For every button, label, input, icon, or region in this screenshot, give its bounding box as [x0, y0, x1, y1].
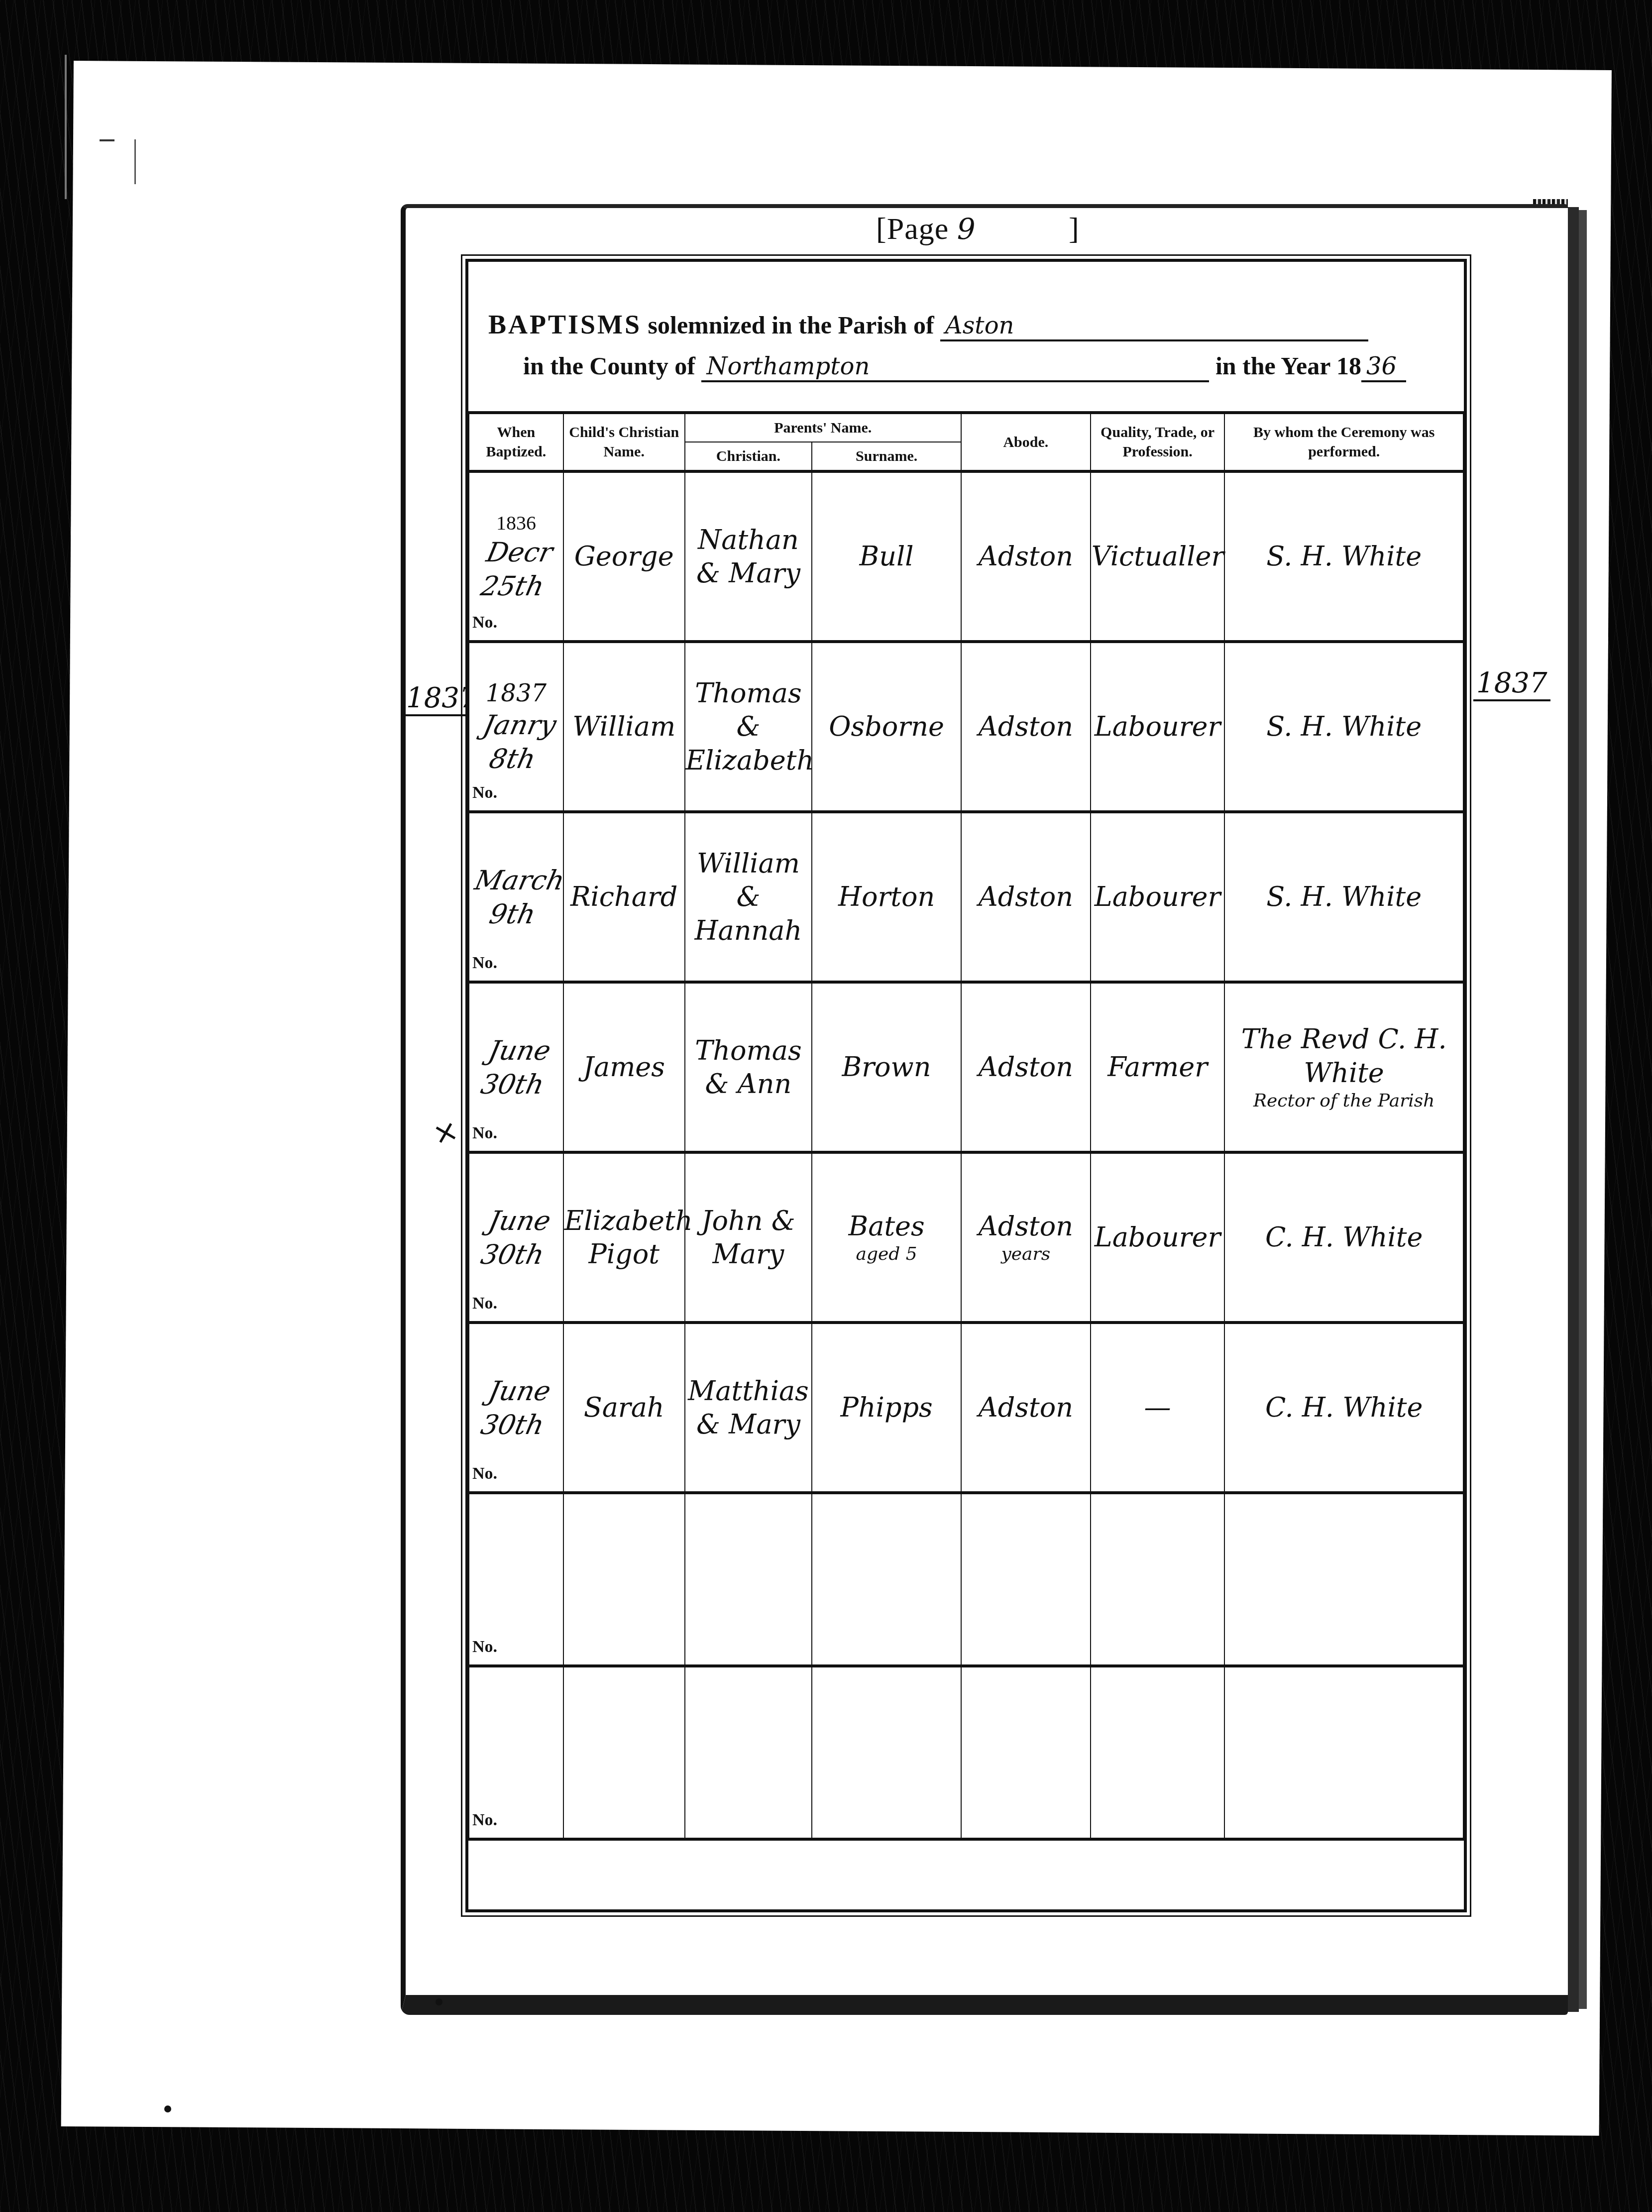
cell-quality — [1091, 1493, 1225, 1666]
entry-no-label: No. — [472, 1637, 497, 1658]
cell-abode: Adston — [961, 1323, 1091, 1493]
entry-date: June 30th — [463, 1034, 569, 1101]
register-entry: June 30th No. James Thomas & Ann Brown A… — [469, 982, 1463, 1152]
register-entry: June 30th No. Elizabeth Pigot John & Mar… — [469, 1152, 1463, 1323]
cell-child: Richard — [563, 812, 685, 982]
cell-parents-christian: Thomas & Elizabeth — [685, 642, 812, 812]
cell-officiant — [1224, 1666, 1463, 1839]
cell-child — [563, 1493, 685, 1666]
register-entry: March 9th No. Richard William & Hannah H… — [469, 812, 1463, 982]
page-label-close: ] — [1069, 212, 1080, 246]
entry-no-label: No. — [472, 1463, 497, 1485]
cell-when: June 30th No. — [469, 982, 563, 1152]
cell-quality: Labourer — [1091, 1152, 1225, 1323]
cell-parents-christian: John & Mary — [685, 1152, 812, 1323]
entry-officiant: S. H. White — [1266, 881, 1422, 912]
cell-quality: Labourer — [1091, 642, 1225, 812]
entry-officiant: S. H. White — [1266, 711, 1422, 742]
cell-child: James — [563, 982, 685, 1152]
header-parents-christian: Christian. — [685, 442, 812, 471]
entry-officiant: S. H. White — [1266, 541, 1422, 572]
entry-surname: Phipps — [841, 1392, 933, 1423]
cell-abode: Adstonyears — [961, 1152, 1091, 1323]
cell-abode: Adston — [961, 812, 1091, 982]
cell-abode — [961, 1493, 1091, 1666]
cell-officiant: S. H. White — [1224, 471, 1463, 642]
cell-parents-christian — [685, 1493, 812, 1666]
cell-parents-christian — [685, 1666, 812, 1839]
cell-when: June 30th No. — [469, 1323, 563, 1493]
header-child-name: Child's Christian Name. — [563, 414, 685, 471]
cell-quality — [1091, 1666, 1225, 1839]
register-title: BAPTISMS solemnized in the Parish of Ast… — [468, 262, 1464, 414]
cell-officiant: C. H. White — [1224, 1323, 1463, 1493]
entry-abode: Adston — [979, 711, 1073, 742]
cell-quality: Farmer — [1091, 982, 1225, 1152]
entry-officiant-note: Rector of the Parish — [1225, 1090, 1462, 1112]
cell-quality: — — [1091, 1323, 1225, 1493]
register-entry: 1837 Janry 8th No. William Thomas & Eliz… — [469, 642, 1463, 812]
header-parents-surname: Surname. — [812, 442, 961, 471]
entry-date: March 9th — [463, 864, 569, 931]
cell-parents-christian: Nathan & Mary — [685, 471, 812, 642]
title-solemnized: solemnized in the Parish of — [648, 311, 934, 339]
year-field: 36 — [1361, 352, 1406, 382]
cell-child: George — [563, 471, 685, 642]
page-number-value: 9 — [957, 212, 976, 246]
cell-abode: Adston — [961, 471, 1091, 642]
header-parents-name: Parents' Name. — [685, 414, 961, 442]
title-baptisms: BAPTISMS — [488, 310, 642, 339]
cell-abode: Adston — [961, 642, 1091, 812]
entry-officiant: C. H. White — [1265, 1392, 1423, 1423]
entry-date: June 30th — [463, 1204, 569, 1271]
register-entry-blank: No. — [469, 1666, 1463, 1839]
title-county-label: in the County of — [523, 352, 695, 380]
entry-abode: Adston — [979, 1211, 1073, 1242]
entry-no-label: No. — [472, 612, 497, 634]
entry-officiant: C. H. White — [1265, 1221, 1423, 1253]
cell-quality: Labourer — [1091, 812, 1225, 982]
register-table: When Baptized. Child's Christian Name. P… — [468, 414, 1464, 1841]
entry-year: 1836 — [470, 511, 562, 536]
entry-abode-note: years — [962, 1243, 1090, 1265]
cell-surname: Phipps — [812, 1323, 961, 1493]
cell-when: March 9th No. — [469, 812, 563, 982]
margin-year-right: 1837 — [1473, 667, 1550, 701]
cell-surname: Bull — [812, 471, 961, 642]
header-by-whom: By whom the Ceremony was performed. — [1224, 414, 1463, 471]
entry-no-label: No. — [472, 1810, 497, 1831]
cell-abode: Adston — [961, 982, 1091, 1152]
entry-officiant: The Revd C. H. White — [1241, 1023, 1447, 1089]
title-year-label: in the Year 18 — [1215, 352, 1361, 380]
baptism-register: BAPTISMS solemnized in the Parish of Ast… — [465, 259, 1467, 1912]
entry-date: Janry 8th — [463, 708, 569, 775]
entry-surname: Horton — [838, 881, 935, 912]
cell-when: No. — [469, 1666, 563, 1839]
header-when-baptized: When Baptized. — [469, 414, 563, 471]
header-quality: Quality, Trade, or Profession. — [1091, 414, 1225, 471]
entry-surname: Bates — [849, 1211, 925, 1242]
entry-no-label: No. — [472, 1123, 497, 1144]
register-entry-blank: No. — [469, 1493, 1463, 1666]
entry-year: 1837 — [470, 678, 562, 708]
entry-abode: Adston — [979, 881, 1073, 912]
cell-parents-christian: William & Hannah — [685, 812, 812, 982]
cell-surname — [812, 1666, 961, 1839]
entry-abode: Adston — [979, 1051, 1073, 1083]
entry-date: June 30th — [463, 1374, 569, 1441]
entry-surname: Bull — [860, 541, 914, 572]
cell-officiant — [1224, 1493, 1463, 1666]
scan-speck — [164, 2105, 171, 2112]
page-number: [Page 9 ] — [876, 212, 1080, 247]
cell-child: Sarah — [563, 1323, 685, 1493]
header-abode: Abode. — [961, 414, 1091, 471]
scan-edge-mark — [100, 139, 114, 141]
cell-parents-christian: Thomas & Ann — [685, 982, 812, 1152]
cell-child: William — [563, 642, 685, 812]
page-label: [Page — [876, 212, 949, 246]
entry-date: Decr 25th — [463, 536, 569, 603]
cell-parents-christian: Matthias & Mary — [685, 1323, 812, 1493]
cell-child — [563, 1666, 685, 1839]
entry-surname: Brown — [842, 1051, 931, 1083]
cell-surname — [812, 1493, 961, 1666]
cell-child: Elizabeth Pigot — [563, 1152, 685, 1323]
cell-surname: Osborne — [812, 642, 961, 812]
scan-speck — [436, 1998, 442, 2005]
cell-officiant: S. H. White — [1224, 812, 1463, 982]
cell-when: June 30th No. — [469, 1152, 563, 1323]
entry-surname-note: aged 5 — [813, 1243, 960, 1265]
county-field: Northampton — [701, 352, 1209, 382]
cell-when: 1837 Janry 8th No. — [469, 642, 563, 812]
parish-field: Aston — [940, 312, 1368, 341]
cell-quality: Victualler — [1091, 471, 1225, 642]
cell-abode — [961, 1666, 1091, 1839]
entry-abode: Adston — [979, 1392, 1073, 1423]
entry-abode: Adston — [979, 541, 1073, 572]
cell-surname: Batesaged 5 — [812, 1152, 961, 1323]
entry-no-label: No. — [472, 1293, 497, 1315]
cell-officiant: C. H. White — [1224, 1152, 1463, 1323]
register-entry: 1836 Decr 25th No. George Nathan & Mary … — [469, 471, 1463, 642]
cell-when: 1836 Decr 25th No. — [469, 471, 563, 642]
scan-edge-mark — [65, 55, 67, 199]
entry-surname: Osborne — [829, 711, 944, 742]
title-line-county: in the County of Northampton in the Year… — [523, 351, 1406, 382]
entry-no-label: No. — [472, 953, 497, 974]
cell-surname: Brown — [812, 982, 961, 1152]
entry-no-label: No. — [472, 782, 497, 804]
cell-officiant: The Revd C. H. WhiteRector of the Parish — [1224, 982, 1463, 1152]
cell-officiant: S. H. White — [1224, 642, 1463, 812]
scan-edge-mark — [134, 139, 136, 184]
register-entry: June 30th No. Sarah Matthias & Mary Phip… — [469, 1323, 1463, 1493]
title-line-parish: BAPTISMS solemnized in the Parish of Ast… — [488, 309, 1368, 341]
cell-when: No. — [469, 1493, 563, 1666]
cell-surname: Horton — [812, 812, 961, 982]
